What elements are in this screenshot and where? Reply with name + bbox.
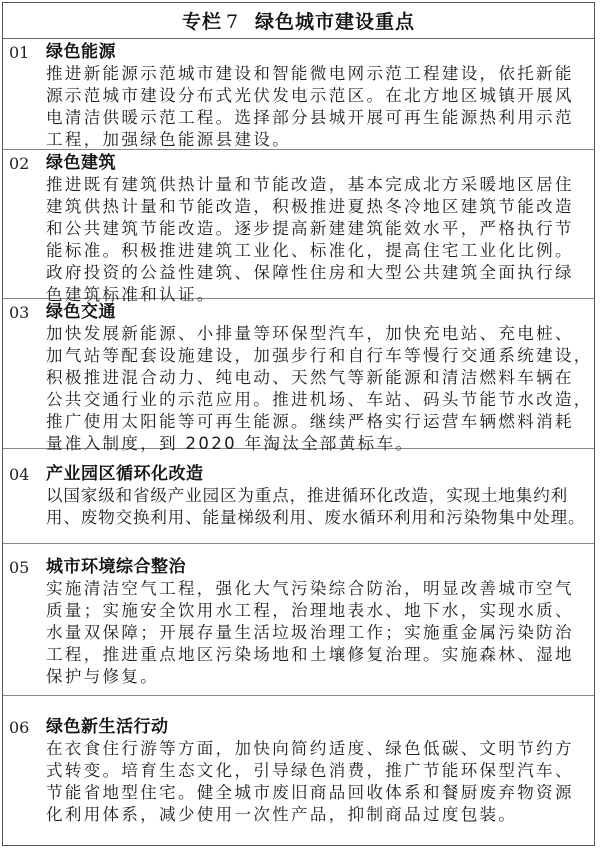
section-heading: 产业园区循环化改造	[46, 463, 586, 485]
section-text-line: 加气站等配套设施建设，加强步行和自行车等慢行交通系统建设，	[46, 345, 586, 367]
section-heading: 绿色建筑	[46, 152, 586, 174]
section-number: 01	[9, 43, 29, 62]
section-number: 05	[9, 558, 29, 577]
section-heading: 绿色新生活行动	[46, 716, 586, 738]
section-text-line: 以国家级和省级产业园区为重点，推进循环化改造，实现土地集约利	[46, 485, 586, 507]
feature-box: 专栏7绿色城市建设重点 01 绿色能源 推进新能源示范城市建设和智能微电网示范工…	[2, 2, 595, 846]
section-body: 城市环境综合整治 实施清洁空气工程，强化大气污染综合防治，明显改善城市空气 质量…	[46, 556, 586, 688]
section-body: 绿色建筑 推进既有建筑供热计量和节能改造，基本完成北方采暖地区居住 建筑供热计量…	[46, 152, 586, 306]
section-number: 02	[9, 154, 29, 173]
section-green-energy: 01 绿色能源 推进新能源示范城市建设和智能微电网示范工程建设，依托新能 源示范…	[3, 39, 594, 150]
section-number: 03	[9, 303, 29, 322]
section-text-line: 实施清洁空气工程，强化大气污染综合防治，明显改善城市空气	[46, 578, 586, 600]
section-text-line: 源示范城市建设分布式光伏发电示范区。在北方地区城镇开展风	[46, 85, 586, 107]
section-industrial-park-recycling: 04 产业园区循环化改造 以国家级和省级产业园区为重点，推进循环化改造，实现土地…	[3, 449, 594, 544]
section-text-line: 公共交通行业的示范应用。推进机场、车站、码头节能节水改造，	[46, 389, 586, 411]
section-text-line: 节能省地型住宅。健全城市废旧商品回收体系和餐厨废弃物资源	[46, 782, 586, 804]
section-number: 06	[9, 718, 29, 737]
section-body: 绿色能源 推进新能源示范城市建设和智能微电网示范工程建设，依托新能 源示范城市建…	[46, 41, 586, 151]
section-heading: 绿色交通	[46, 301, 586, 323]
section-text-line: 式转变。培育生态文化，引导绿色消费，推广节能环保型汽车、	[46, 760, 586, 782]
section-text-line: 保护与修复。	[46, 666, 586, 688]
section-text-line: 电清洁供暖示范工程。选择部分县城开展可再生能源热利用示范	[46, 107, 586, 129]
title-number: 7	[226, 11, 239, 33]
section-text-line: 水量双保障；开展存量生活垃圾治理工作；实施重金属污染防治	[46, 622, 586, 644]
section-text-line: 化利用体系，减少使用一次性产品，抑制商品过度包装。	[46, 804, 586, 826]
section-text-line: 工程，加强绿色能源县建设。	[46, 129, 586, 151]
section-text-line: 积极推进混合动力、纯电动、天然气等新能源和清洁燃料车辆在	[46, 367, 586, 389]
section-number: 04	[9, 465, 29, 484]
section-green-lifestyle: 06 绿色新生活行动 在衣食住行游等方面，加快向简约适度、绿色低碳、文明节约方 …	[3, 696, 594, 847]
section-text-line: 加快发展新能源、小排量等环保型汽车，加快充电站、充电桩、	[46, 323, 586, 345]
section-body: 绿色新生活行动 在衣食住行游等方面，加快向简约适度、绿色低碳、文明节约方 式转变…	[46, 716, 586, 826]
section-body: 绿色交通 加快发展新能源、小排量等环保型汽车，加快充电站、充电桩、 加气站等配套…	[46, 301, 586, 455]
section-text-line: 政府投资的公益性建筑、保障性住房和大型公共建筑全面执行绿	[46, 262, 586, 284]
section-heading: 城市环境综合整治	[46, 556, 586, 578]
section-green-transport: 03 绿色交通 加快发展新能源、小排量等环保型汽车，加快充电站、充电桩、 加气站…	[3, 299, 594, 449]
section-green-building: 02 绿色建筑 推进既有建筑供热计量和节能改造，基本完成北方采暖地区居住 建筑供…	[3, 150, 594, 299]
section-text-line: 和公共建筑节能改造。逐步提高新建建筑能效水平，严格执行节	[46, 218, 586, 240]
title-prefix: 专栏	[182, 11, 222, 33]
section-text-line: 用、废物交换利用、能量梯级利用、废水循环利用和污染物集中处理。	[46, 507, 586, 529]
title-text: 绿色城市建设重点	[255, 11, 415, 33]
section-text-line: 推进新能源示范城市建设和智能微电网示范工程建设，依托新能	[46, 63, 586, 85]
section-text-line: 推进既有建筑供热计量和节能改造，基本完成北方采暖地区居住	[46, 174, 586, 196]
section-urban-environment: 05 城市环境综合整治 实施清洁空气工程，强化大气污染综合防治，明显改善城市空气…	[3, 544, 594, 696]
section-text-line: 质量；实施安全饮用水工程，治理地表水、地下水，实现水质、	[46, 600, 586, 622]
section-text-line: 工程，推进重点地区污染场地和土壤修复治理。实施森林、湿地	[46, 644, 586, 666]
title-row: 专栏7绿色城市建设重点	[3, 3, 594, 39]
box-title: 专栏7绿色城市建设重点	[182, 7, 415, 34]
section-text-line: 建筑供热计量和节能改造，积极推进夏热冬冷地区建筑节能改造	[46, 196, 586, 218]
section-heading: 绿色能源	[46, 41, 586, 63]
section-text-line: 推广使用太阳能等可再生能源。继续严格实行运营车辆燃料消耗	[46, 411, 586, 433]
section-text-line: 在衣食住行游等方面，加快向简约适度、绿色低碳、文明节约方	[46, 738, 586, 760]
section-body: 产业园区循环化改造 以国家级和省级产业园区为重点，推进循环化改造，实现土地集约利…	[46, 463, 586, 529]
section-text-line: 能标准。积极推进建筑工业化、标准化，提高住宅工业化比例。	[46, 240, 586, 262]
